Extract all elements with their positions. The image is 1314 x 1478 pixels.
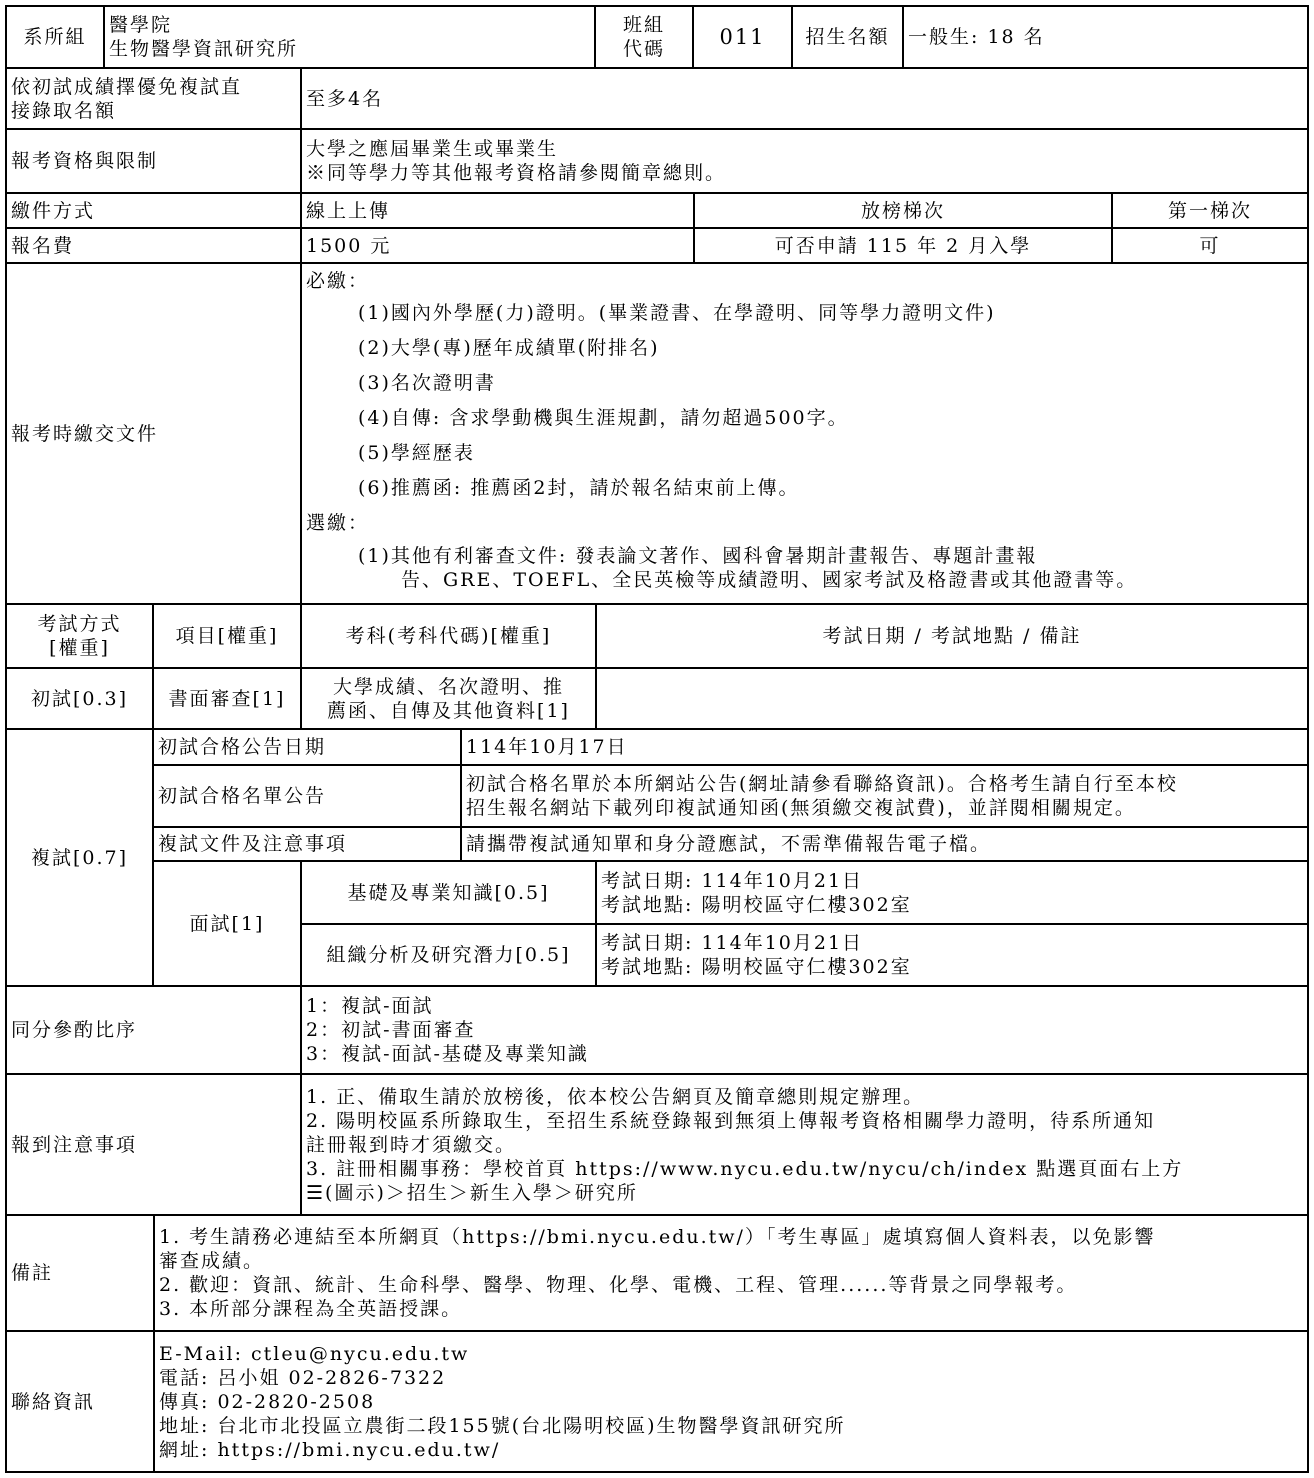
tiebreak-item: 3：複試-面試-基礎及專業知識 [306,1042,1303,1066]
submission-label-cell: 繳件方式 [5,192,302,229]
exam-item-header: 項目[權重] [176,624,279,648]
fee-value-cell: 1500 元 [300,227,695,264]
interview-schedule-cell: 考試日期: 114年10月21日 考試地點: 陽明校區守仁樓302室 [595,923,1309,987]
interview-subject-cell: 基礎及專業知識[0.5] [300,860,597,925]
feb-intake-label: 可否申請 115 年 2 月入學 [775,234,1032,258]
first-stage-subject-2: 薦函、自傳及其他資料[1] [327,699,570,723]
class-code: 011 [719,25,765,49]
tiebreak-value-cell: 1：複試-面試 2：初試-書面審查 3：複試-面試-基礎及專業知識 [300,985,1309,1075]
fee-label: 報名費 [11,234,74,258]
required-title: 必繳： [306,266,1303,296]
interview-place: 考試地點: 陽明校區守仁樓302室 [601,955,1303,979]
interview-item: 面試[1] [190,912,265,936]
required-item: (6)推薦函: 推薦函2封，請於報名結束前上傳。 [306,471,1303,506]
interview-date: 考試日期: 114年10月21日 [601,869,1303,893]
exam-method-header-2: [權重] [49,636,110,660]
announce-list-label: 初試合格名單公告 [158,784,326,808]
interview-schedule-cell: 考試日期: 114年10月21日 考試地點: 陽明校區守仁樓302室 [595,860,1309,925]
first-stage-item-cell: 書面審查[1] [152,667,302,730]
remarks-line: 審查成績。 [159,1249,1303,1273]
documents-label: 報考時繳交文件 [11,422,158,446]
first-stage-method: 初試[0.3] [31,687,128,711]
feb-intake-label-cell: 可否申請 115 年 2 月入學 [693,227,1113,264]
class-code-label-2: 代碼 [623,37,665,61]
contact-website-link[interactable]: 網址: https://bmi.nycu.edu.tw/ [159,1438,1303,1462]
registration-line: 註冊報到時才須繳交。 [306,1133,1303,1157]
institute-name: 生物醫學資訊研究所 [109,37,590,61]
second-docs-value-cell: 請攜帶複試通知單和身分證應試，不需準備報告電子檔。 [460,826,1309,862]
registration-line: 1. 正、備取生請於放榜後，依本校公告網頁及簡章總則規定辦理。 [306,1085,1303,1109]
announce-list-line-2: 招生報名網站下載列印複試通知函(無須繳交複試費)，並詳閱相關規定。 [466,796,1303,820]
release-batch-value-cell: 第一梯次 [1111,192,1309,229]
direct-admission-value-cell: 至多4名 [300,67,1309,130]
quota-value: 一般生: 18 名 [908,25,1045,49]
remarks-value-cell: 1. 考生請務必連結至本所網頁（https://bmi.nycu.edu.tw/… [153,1214,1309,1332]
eligibility-line-1: 大學之應屆畢業生或畢業生 [306,137,1303,161]
optional-title: 選繳： [306,506,1303,540]
dept-label: 系所組 [23,25,86,49]
announce-date-value: 114年10月17日 [466,735,628,759]
release-batch-label: 放榜梯次 [861,199,945,223]
exam-item-header-cell: 項目[權重] [152,603,302,669]
direct-admission-value: 至多4名 [306,87,383,111]
second-docs-value: 請攜帶複試通知單和身分證應試，不需準備報告電子檔。 [466,832,991,856]
remarks-line: 1. 考生請務必連結至本所網頁（https://bmi.nycu.edu.tw/… [159,1225,1303,1249]
release-batch-label-cell: 放榜梯次 [693,192,1113,229]
exam-date-header: 考試日期 / 考試地點 / 備註 [823,624,1082,648]
announce-date-label-cell: 初試合格公告日期 [152,728,462,766]
interview-subject-cell: 組織分析及研究潛力[0.5] [300,923,597,987]
quota-value-cell: 一般生: 18 名 [902,5,1309,69]
interview-subject-name: 組織分析及研究潛力[0.5] [326,943,570,967]
class-code-cell: 011 [692,5,793,69]
release-batch-value: 第一梯次 [1168,199,1252,223]
fee-label-cell: 報名費 [5,227,302,264]
fee-value: 1500 元 [306,234,391,258]
registration-value-cell: 1. 正、備取生請於放榜後，依本校公告網頁及簡章總則規定辦理。 2. 陽明校區系… [300,1073,1309,1216]
first-stage-subject-cell: 大學成績、名次證明、推 薦函、自傳及其他資料[1] [300,667,597,730]
required-item: (3)名次證明書 [306,366,1303,401]
feb-intake-value-cell: 可 [1111,227,1309,264]
exam-subject-header: 考科(考科代碼)[權重] [346,624,552,648]
first-stage-item: 書面審查[1] [169,687,286,711]
required-item: (4)自傳: 含求學動機與生涯規劃，請勿超過500字。 [306,401,1303,436]
interview-item-cell: 面試[1] [152,860,302,987]
tiebreak-label-cell: 同分參酌比序 [5,985,302,1075]
submission-label: 繳件方式 [11,199,95,223]
exam-method-header-cell: 考試方式 [權重] [5,603,154,669]
documents-label-cell: 報考時繳交文件 [5,262,302,605]
first-stage-method-cell: 初試[0.3] [5,667,154,730]
remarks-label-cell: 備註 [5,1214,155,1332]
interview-date: 考試日期: 114年10月21日 [601,931,1303,955]
dept-name-cell: 醫學院 生物醫學資訊研究所 [103,5,596,69]
exam-subject-header-cell: 考科(考科代碼)[權重] [300,603,597,669]
second-docs-label-cell: 複試文件及注意事項 [152,826,462,862]
documents-value-cell: 必繳： (1)國內外學歷(力)證明。(畢業證書、在學證明、同等學力證明文件) (… [300,262,1309,605]
college-name: 醫學院 [109,13,590,37]
contact-fax: 傳真: 02-2820-2508 [159,1390,1303,1414]
eligibility-value-cell: 大學之應屆畢業生或畢業生 ※同等學力等其他報考資格請參閱簡章總則。 [300,128,1309,194]
remarks-label: 備註 [11,1261,53,1285]
second-stage-method: 複試[0.7] [31,846,128,870]
registration-line: 2. 陽明校區系所錄取生，至招生系統登錄報到無須上傳報考資格相關學力證明，待系所… [306,1109,1303,1133]
quota-label: 招生名額 [805,25,889,49]
contact-address: 地址: 台北市北投區立農街二段155號(台北陽明校區)生物醫學資訊研究所 [159,1414,1303,1438]
interview-subject-name: 基礎及專業知識[0.5] [347,881,549,905]
direct-admission-label-2: 接錄取名額 [11,99,296,123]
exam-date-header-cell: 考試日期 / 考試地點 / 備註 [595,603,1309,669]
tiebreak-item: 1：複試-面試 [306,994,1303,1018]
remarks-line: 2. 歡迎：資訊、統計、生命科學、醫學、物理、化學、電機、工程、管理......… [159,1273,1303,1297]
eligibility-label-cell: 報考資格與限制 [5,128,302,194]
announce-date-label: 初試合格公告日期 [158,735,326,759]
registration-label-cell: 報到注意事項 [5,1073,302,1216]
announce-list-line-1: 初試合格名單於本所網站公告(網址請參看聯絡資訊)。合格考生請自行至本校 [466,772,1303,796]
tiebreak-item: 2：初試-書面審查 [306,1018,1303,1042]
class-code-label-1: 班組 [623,13,665,37]
second-stage-method-cell: 複試[0.7] [5,728,154,987]
first-stage-subject-1: 大學成績、名次證明、推 [333,675,564,699]
registration-line: ☰(圖示)＞招生＞新生入學＞研究所 [306,1181,1303,1205]
quota-label-cell: 招生名額 [791,5,904,69]
submission-value-cell: 線上上傳 [300,192,695,229]
direct-admission-label-1: 依初試成績擇優免複試直 [11,75,296,99]
contact-value-cell: E-Mail: ctleu@nycu.edu.tw 電話: 呂小姐 02-282… [153,1330,1309,1473]
eligibility-label: 報考資格與限制 [11,149,158,173]
remarks-line: 3. 本所部分課程為全英語授課。 [159,1297,1303,1321]
dept-label-cell: 系所組 [5,5,105,69]
contact-phone: 電話: 呂小姐 02-2826-7322 [159,1366,1303,1390]
class-code-label-cell: 班組 代碼 [594,5,694,69]
registration-line: 3. 註冊相關事務：學校首頁 https://www.nycu.edu.tw/n… [306,1157,1303,1181]
required-item: (5)學經歷表 [306,436,1303,471]
announce-list-label-cell: 初試合格名單公告 [152,764,462,828]
tiebreak-label: 同分參酌比序 [11,1018,137,1042]
required-item: (1)國內外學歷(力)證明。(畢業證書、在學證明、同等學力證明文件) [306,296,1303,331]
announce-list-value-cell: 初試合格名單於本所網站公告(網址請參看聯絡資訊)。合格考生請自行至本校 招生報名… [460,764,1309,828]
contact-email[interactable]: E-Mail: ctleu@nycu.edu.tw [159,1342,1303,1366]
eligibility-line-2: ※同等學力等其他報考資格請參閱簡章總則。 [306,161,1303,185]
direct-admission-label-cell: 依初試成績擇優免複試直 接錄取名額 [5,67,302,130]
registration-label: 報到注意事項 [11,1133,137,1157]
first-stage-note-cell [595,667,1309,730]
second-docs-label: 複試文件及注意事項 [158,832,347,856]
optional-item-line-1: (1)其他有利審查文件: 發表論文著作、國科會暑期計畫報告、專題計畫報 [306,544,1303,568]
contact-label: 聯絡資訊 [11,1390,95,1414]
optional-item-line-2: 告、GRE、TOEFL、全民英檢等成績證明、國家考試及格證書或其他證書等。 [306,568,1303,592]
feb-intake-value: 可 [1199,234,1220,258]
required-item: (2)大學(專)歷年成績單(附排名) [306,331,1303,366]
contact-label-cell: 聯絡資訊 [5,1330,155,1473]
submission-value: 線上上傳 [306,199,390,223]
interview-place: 考試地點: 陽明校區守仁樓302室 [601,893,1303,917]
exam-method-header-1: 考試方式 [37,612,121,636]
announce-date-value-cell: 114年10月17日 [460,728,1309,766]
